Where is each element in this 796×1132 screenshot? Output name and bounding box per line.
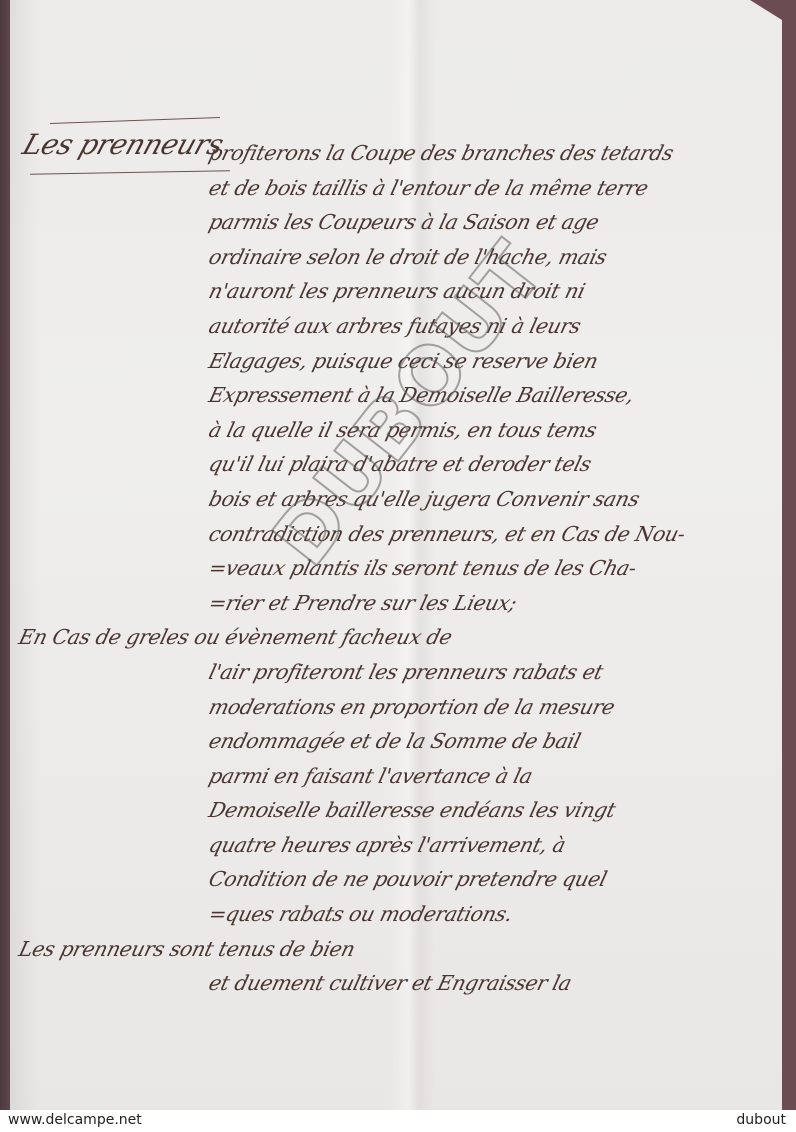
manuscript-line: Les prenneurs sont tenus de bien (15, 932, 789, 967)
manuscript-line: =rier et Prendre sur les Lieux; (205, 586, 789, 621)
manuscript-line: l'air profiteront les prenneurs rabats e… (205, 655, 789, 690)
manuscript-line: parmi en faisant l'avertance à la (205, 759, 789, 794)
footer-site-link[interactable]: www.delcampe.net (8, 1112, 142, 1128)
manuscript-line: moderations en proportion de la mesure (205, 690, 789, 725)
footer-seller-name: dubout (736, 1112, 786, 1128)
manuscript-line: quatre heures après l'arrivement, à (205, 828, 789, 863)
manuscript-line: Condition de ne pouvoir pretendre quel (205, 862, 789, 897)
manuscript-line: profiterons la Coupe des branches des te… (205, 136, 789, 171)
manuscript-line: =veaux plantis ils seront tenus de les C… (205, 551, 789, 586)
heading-underline-top (50, 117, 220, 124)
footer: www.delcampe.net dubout (0, 1110, 796, 1132)
manuscript-line: En Cas de greles ou évènement facheux de (15, 620, 789, 655)
document-photo: Les prenneurs profiterons la Coupe des b… (0, 0, 796, 1110)
manuscript-line: Demoiselle bailleresse endéans les vingt (205, 793, 789, 828)
manuscript-line: et duement cultiver et Engraisser la (205, 966, 789, 1001)
heading-underline-bottom (30, 170, 230, 174)
manuscript-line: =ques rabats ou moderations. (205, 897, 789, 932)
manuscript-line: et de bois taillis à l'entour de la même… (205, 171, 789, 206)
manuscript-line: endommagée et de la Somme de bail (205, 724, 789, 759)
manuscript-line: à la quelle il sera permis, en tous tems (205, 413, 789, 448)
manuscript-line: qu'il lui plaira d'abatre et deroder tel… (205, 447, 789, 482)
manuscript-line: Expressement à la Demoiselle Bailleresse… (205, 378, 789, 413)
document-heading: Les prenneurs (19, 128, 228, 161)
